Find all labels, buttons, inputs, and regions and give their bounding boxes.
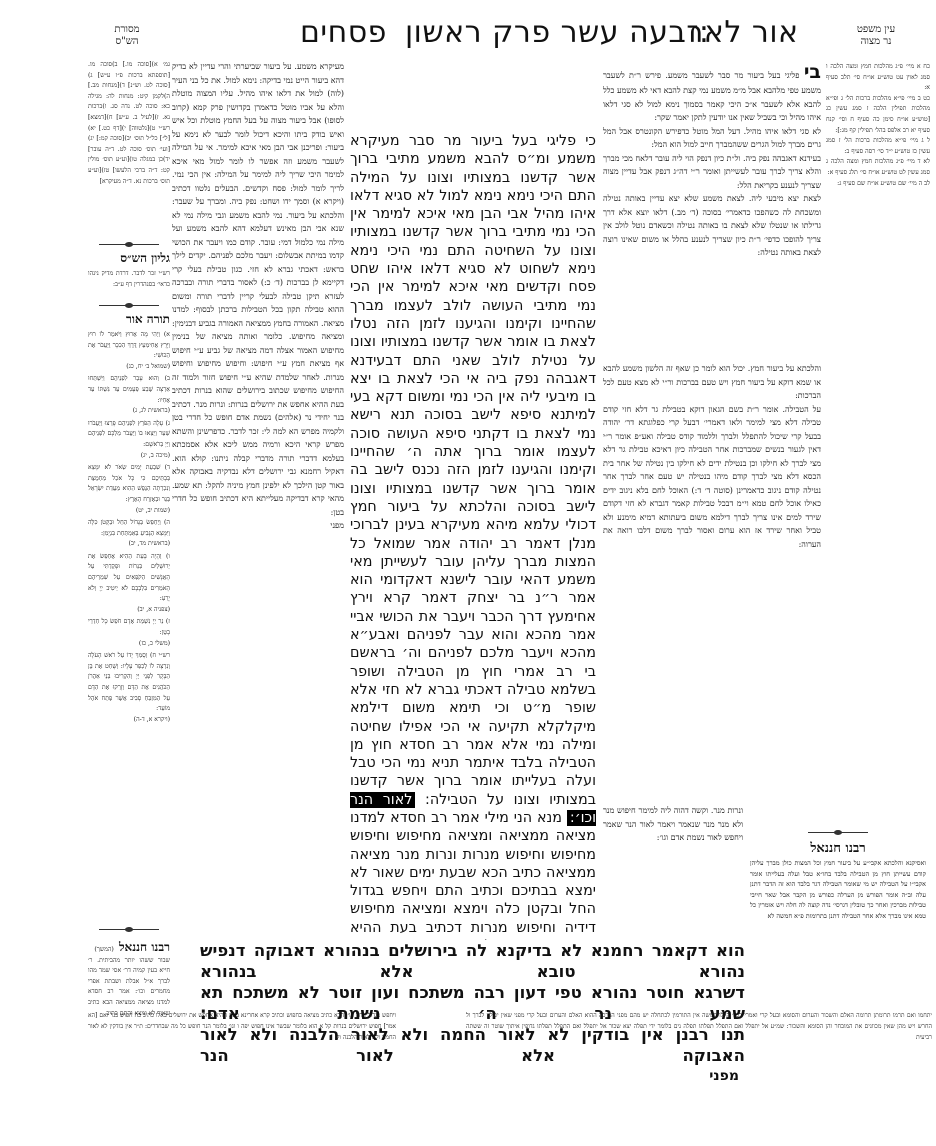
gemara-wide-line: הוא דקאמר רחמנא לא בדיקנא לה בירושלים בנ…	[200, 940, 745, 982]
rabbeinu-chananel-title: רבנו חננאל	[750, 840, 926, 856]
tosafot-column-tail: ונרות מנר. וקשה דהוה ליה למימר חיפוש מנר…	[603, 804, 743, 942]
torah-or-ref: (בראשית לג, ג)	[88, 406, 170, 417]
gemara-text-continued: מנא הני מילי אמר רב חסדא למדנו מציאה ממצ…	[350, 810, 596, 940]
tosafot-paragraph: והלכתא על ביעור חמץ. יכול הוא לומר כן שא…	[603, 362, 821, 403]
torah-or-verse: ה) וַיְחַפֵּשׂ בַּגָּדוֹל הֵחֵל וּבַקָּט…	[88, 518, 170, 539]
torah-or-verse: ב) וְהוּא עָבַר לִפְנֵיהֶם וַיִּשְׁתַּחו…	[88, 374, 170, 406]
gilyon-hashas-text: רש״י זכר לדבר. דרדת מדיק נינהו כדאי׳ בסנ…	[88, 269, 170, 301]
ornament-divider	[750, 828, 926, 836]
tosafot-column-lower: והלכתא על ביעור חמץ. יכול הוא לומר כן שא…	[603, 362, 821, 802]
torah-or-ref: (שמות יב, יט)	[88, 506, 170, 517]
masoret-label: מסורת הש"ס	[92, 24, 162, 48]
ein-mishpat-entry: לא ד מיי׳ פ״ג מהלכות חמץ ומצה הלכה ג סמג…	[826, 157, 930, 178]
ein-mishpat-entry: לב ה מיי׳ שם טוש״ע או״ח שם סעיף ג:	[826, 179, 930, 190]
rashi-catchword: מפני	[172, 519, 344, 533]
tosafot-paragraph: לצאת יצא מיבעי ליה. לצאת משמע שלא יצא עד…	[603, 192, 821, 260]
footer-commentary-right: יתחמו ואם תרמו תרומתן תרומה האלם והשכור …	[466, 1010, 932, 1044]
ein-mishpat-label: עין משפט נר מצוה	[826, 24, 926, 48]
tosafot-paragraph: על הטבילה. אומר ר״ת בשם הגאון דוקא בטביל…	[603, 403, 821, 552]
gemara-text-top: כי פליגי בעל ביעור מר סבר מעיקרא משמע ומ…	[350, 133, 596, 808]
torah-or-verse: א) וַיְהִי מָה אָרוּץ וַיֹּאמֶר לוֹ רוּץ…	[88, 330, 170, 362]
torah-or-verse: ג) עָלָה הַפֹּרֵץ לִפְנֵיהֶם פָּרְצוּ וַ…	[88, 419, 170, 451]
torah-or-ref: (צפניה א, יב)	[88, 605, 170, 616]
torah-or-verse: ו) וְהָיָה בָּעֵת הַהִיא אֲחַפֵּשׂ אֶת י…	[88, 552, 170, 605]
footer-commentary-left: ויחפש בגדול החל וגו׳ והבא כתיב מציאה בחפ…	[88, 1010, 396, 1044]
rashi-text: מעיקרא משמע. על ביעור שביערתי והרי עדיין…	[172, 62, 344, 517]
catchword: מפני	[200, 1066, 745, 1086]
chapter-title: אור לארבעה עשר פרק ראשון	[405, 15, 799, 50]
ornament-divider	[88, 301, 170, 309]
torah-or-verse: ד) שִׁבְעַת יָמִים שְׂאֹר לֹא יִמָּצֵא ב…	[88, 463, 170, 505]
tractate-title: פסחים	[300, 15, 387, 50]
ornament-divider	[88, 240, 170, 248]
torah-or-ref: (ויקרא א, ד-ה)	[88, 715, 170, 726]
tosafot-paragraph: לא סגי דלאו איהו מהיל. דעל המל מוטל כדפי…	[603, 125, 821, 152]
torah-or-ref: (משלי כ, כז)	[88, 639, 170, 650]
torah-or-title: תורה אור	[88, 312, 170, 327]
tosafot-opening-word: בי	[804, 61, 821, 83]
tosafot-paragraph: ונרות מנר. וקשה דהוה ליה למימר חיפוש מנר…	[603, 804, 743, 845]
masoret-column: גמ׳ א)[סוכה מו.] ב)סוכה מו. [תוספתא ברכו…	[88, 60, 170, 1026]
rabbeinu-chananel-title: רבנו חננאל	[119, 940, 170, 954]
torah-or-ref: (מיכה ב, יג)	[88, 451, 170, 462]
ein-mishpat-column: כח א מיי׳ פ״ג מהלכות חמץ ומצה הלכה ו סמג…	[826, 62, 930, 302]
masoret-hashas-entries: גמ׳ א)[סוכה מו.] ב)סוכה מו. [תוספתא ברכו…	[88, 60, 170, 240]
gemara-main-text: כי פליגי בעל ביעור מר סבר מעיקרא משמע ומ…	[350, 132, 596, 940]
rabbeinu-chananel-right: רבנו חננאל ואסיקנא והלכתא אקבי״ע על ביעו…	[750, 828, 926, 998]
torah-or-entries: א) וַיְהִי מָה אָרוּץ וַיֹּאמֶר לוֹ רוּץ…	[88, 330, 170, 925]
ornament-divider	[88, 925, 170, 933]
torah-or-verse: רש״י ח) וְסָמַךְ יָדוֹ עַל רֹאשׁ הָעֹלָה…	[88, 651, 170, 715]
gilyon-hashas-title: גליון הש״ס	[88, 251, 170, 266]
rabbeinu-chananel-text: ואסיקנא והלכתא אקבי״ע על ביעור חמץ וכל ה…	[750, 858, 926, 998]
torah-or-verse: ז) נֵר יְיָ נִשְׁמַת אָדָם חֹפֵשׂ כָּל ח…	[88, 617, 170, 638]
rashi-column: מעיקרא משמע. על ביעור שביערתי והרי עדיין…	[172, 60, 344, 920]
ein-mishpat-entry: ל ג מיי׳ פי״א מהלכות ברכות הל׳ ז סמג עשי…	[826, 136, 930, 157]
tosafot-paragraph: בעידנא דאגבהה נפק ביה. ול״ת כיון דנפק הו…	[603, 152, 821, 193]
rabbeinu-chananel-left-header: רבנו חננאל (המשך)	[88, 936, 170, 956]
ein-mishpat-entry: כט ב מיי׳ פי״א מהלכות ברכות הל׳ ג ופי״א …	[826, 94, 930, 136]
tosafot-paragraph: פליגי בעל ביעור מר סבר לשעבר משמע. פירש …	[603, 71, 821, 122]
torah-or-ref: (שמואל ב׳ יח, כג)	[88, 362, 170, 373]
tosafot-column-upper: בי פליגי בעל ביעור מר סבר לשעבר משמע. פי…	[603, 60, 821, 360]
rabbeinu-chananel-continuation-note: (המשך)	[94, 946, 113, 953]
torah-or-ref: (בראשית מד, יב)	[88, 539, 170, 550]
ein-mishpat-entry: כח א מיי׳ פ״ג מהלכות חמץ ומצה הלכה ו סמג…	[826, 62, 930, 94]
